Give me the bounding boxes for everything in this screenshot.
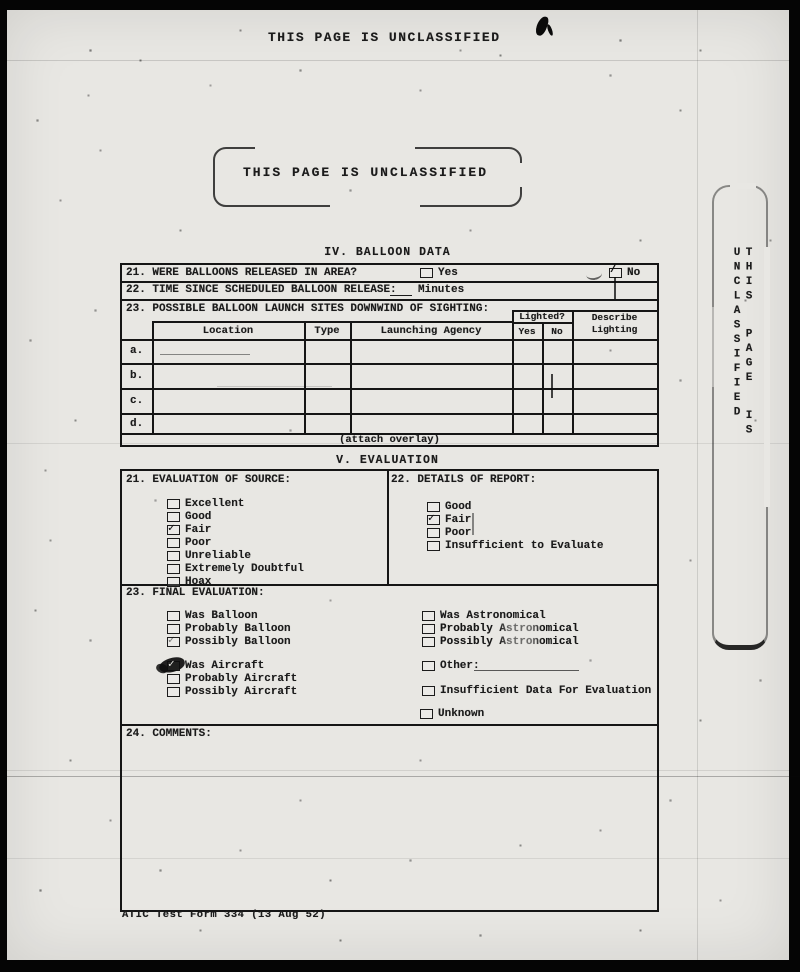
- checkbox-icon: [422, 686, 435, 696]
- checkbox-icon: ✓: [167, 637, 180, 647]
- side-unclassified-stamp-text: THIS PAGE IS UNCLASSIFIED: [731, 247, 755, 587]
- table-row-label-a: a.: [130, 345, 143, 357]
- section-iv-title: IV. BALLOON DATA: [120, 246, 655, 259]
- unclassified-banner: THIS PAGE IS UNCLASSIFIED: [268, 30, 501, 45]
- checkbox-icon: [420, 709, 433, 719]
- checkbox-icon: ✓: [427, 515, 440, 525]
- option-other: Other:: [422, 660, 480, 672]
- noise-speckles: [0, 0, 1, 1]
- col-lighted-header: Lighted?: [512, 311, 572, 322]
- q22-time-since-release-label: 22. TIME SINCE SCHEDULED BALLOON RELEASE…: [126, 284, 397, 296]
- checkbox-icon: /: [609, 268, 622, 278]
- checkbox-icon: [422, 661, 435, 671]
- scanned-document-page: THIS PAGE IS UNCLASSIFIED THIS PAGE IS U…: [0, 0, 800, 972]
- checkbox-icon: [420, 268, 433, 278]
- q23-launch-sites-label: 23. POSSIBLE BALLOON LAUNCH SITES DOWNWI…: [126, 303, 489, 315]
- col-yes-header: Yes: [512, 326, 542, 337]
- balloon-data-box: 21. WERE BALLOONS RELEASED IN AREA? Yes …: [120, 263, 659, 447]
- option-insufficient-evaluate: Insufficient to Evaluate: [427, 540, 603, 552]
- q21-yes-label: Yes: [438, 267, 458, 279]
- checkbox-icon: [167, 674, 180, 684]
- q21-yes-checkbox: Yes: [420, 267, 458, 279]
- stray-mark: [217, 386, 332, 387]
- stray-mark: [472, 513, 474, 535]
- checkbox-icon: [427, 541, 440, 551]
- option-possibly-astronomical: Possibly Astronomical: [422, 636, 579, 648]
- q22-minutes-unit: Minutes: [418, 284, 464, 296]
- checkbox-icon: ✓: [167, 661, 180, 671]
- checkbox-icon: [427, 528, 440, 538]
- option-probably-balloon: Probably Balloon: [167, 623, 291, 635]
- col-no-header: No: [542, 326, 572, 337]
- q21-no-label: No: [627, 267, 640, 279]
- col-describe-header-line1: Describe: [572, 312, 657, 323]
- checkbox-icon: [167, 611, 180, 621]
- table-row-label-b: b.: [130, 370, 143, 382]
- stray-mark: [160, 354, 250, 355]
- stray-mark: [614, 277, 616, 301]
- stray-mark: [551, 374, 553, 398]
- table-row-label-c: c.: [130, 395, 143, 407]
- checkbox-icon: [422, 637, 435, 647]
- option-unreliable: Unreliable: [167, 550, 251, 562]
- option-was-astronomical: Was Astronomical: [422, 610, 546, 622]
- option-fair-report: ✓ Fair: [427, 514, 471, 526]
- option-extremely-doubtful: Extremely Doubtful: [167, 563, 304, 575]
- scan-artifact-line: [0, 60, 800, 61]
- checkbox-icon: [167, 499, 180, 509]
- q22-minutes-blank: [390, 284, 412, 296]
- option-poor-report: Poor: [427, 527, 471, 539]
- option-was-balloon: Was Balloon: [167, 610, 258, 622]
- eval-source-label: 21. EVALUATION OF SOURCE:: [126, 474, 291, 486]
- option-probably-astronomical: Probably Astronomical: [422, 623, 579, 635]
- option-excellent: Excellent: [167, 498, 244, 510]
- evaluation-box: 21. EVALUATION OF SOURCE: Excellent Good…: [120, 469, 659, 912]
- option-possibly-aircraft: Possibly Aircraft: [167, 686, 297, 698]
- option-poor: Poor: [167, 537, 211, 549]
- col-describe-header-line2: Lighting: [572, 324, 657, 335]
- option-possibly-balloon: ✓ Possibly Balloon: [167, 636, 291, 648]
- checkbox-icon: [167, 687, 180, 697]
- option-fair: ✓ Fair: [167, 524, 211, 536]
- other-blank-line: [474, 659, 579, 671]
- form-id-footer: ATIC Test Form 334 (13 Aug 52): [122, 909, 326, 921]
- details-report-label: 22. DETAILS OF REPORT:: [391, 474, 536, 486]
- col-agency-header: Launching Agency: [350, 325, 512, 337]
- option-unknown: Unknown: [420, 708, 484, 720]
- checkbox-icon: [167, 538, 180, 548]
- comments-label: 24. COMMENTS:: [126, 728, 212, 740]
- checkbox-icon: [167, 577, 180, 587]
- checkbox-icon: [167, 551, 180, 561]
- checkbox-icon: [422, 611, 435, 621]
- col-type-header: Type: [304, 325, 350, 337]
- checkbox-icon: [167, 564, 180, 574]
- attach-overlay-note: (attach overlay): [122, 434, 657, 446]
- option-was-aircraft: ✓ Was Aircraft: [167, 660, 264, 672]
- unclassified-stamp-text: THIS PAGE IS UNCLASSIFIED: [213, 165, 518, 180]
- final-evaluation-label: 23. FINAL EVALUATION:: [126, 587, 265, 599]
- checkbox-icon: [422, 624, 435, 634]
- table-row-label-d: d.: [130, 418, 143, 430]
- option-probably-aircraft: Probably Aircraft: [167, 673, 297, 685]
- option-insufficient-data: Insufficient Data For Evaluation: [422, 685, 651, 697]
- checkbox-icon: ✓: [167, 525, 180, 535]
- q21-balloons-released-label: 21. WERE BALLOONS RELEASED IN AREA?: [126, 267, 357, 279]
- col-location-header: Location: [152, 325, 304, 337]
- section-v-title: V. EVALUATION: [120, 454, 655, 467]
- scan-artifact-fold-line: [697, 0, 698, 972]
